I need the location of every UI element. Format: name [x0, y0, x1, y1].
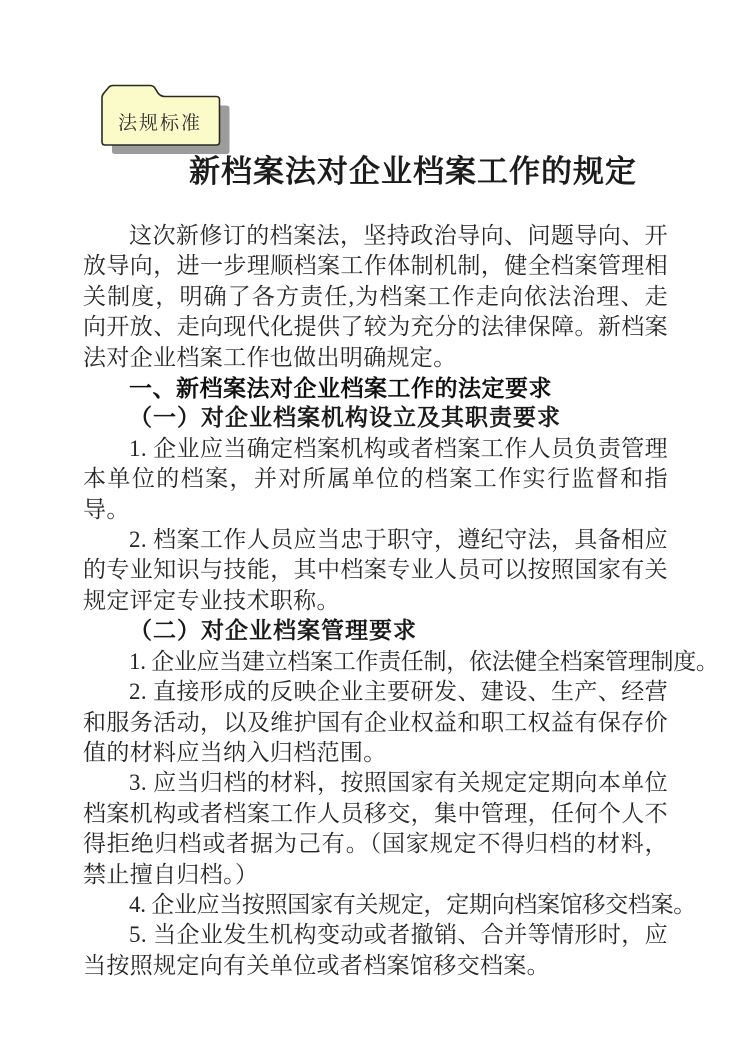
subsection-1-2-heading: （二）对企业档案管理要求 — [83, 616, 668, 646]
paragraph-item: 4. 企业应当按照国家有关规定，定期向档案馆移交档案。 — [83, 890, 668, 920]
paragraph-item: 2. 档案工作人员应当忠于职守，遵纪守法，具备相应的专业知识与技能，其中档案专业… — [83, 525, 668, 616]
intro-paragraph: 这次新修订的档案法，坚持政治导向、问题导向、开放导向，进一步理顺档案工作体制机制… — [83, 221, 668, 373]
document-page: 法规标准 新档案法对企业档案工作的规定 这次新修订的档案法，坚持政治导向、问题导… — [0, 0, 750, 1059]
page-title: 新档案法对企业档案工作的规定 — [121, 146, 705, 191]
paragraph-item: 5. 当企业发生机构变动或者撤销、合并等情形时，应当按照规定向有关单位或者档案馆… — [83, 920, 668, 981]
paragraph-item: 1. 企业应当建立档案工作责任制，依法健全档案管理制度。 — [83, 647, 668, 677]
section-1-heading: 一、新档案法对企业档案工作的法定要求 — [83, 373, 668, 403]
folder-label: 法规标准 — [118, 108, 202, 135]
subsection-1-1-heading: （一）对企业档案机构设立及其职责要求 — [83, 403, 668, 433]
paragraph-item: 1. 企业应当确定档案机构或者档案工作人员负责管理本单位的档案，并对所属单位的档… — [83, 434, 668, 525]
paragraph-item: 2. 直接形成的反映企业主要研发、建设、生产、经营和服务活动，以及维护国有企业权… — [83, 677, 668, 768]
document-body: 这次新修订的档案法，坚持政治导向、问题导向、开放导向，进一步理顺档案工作体制机制… — [83, 221, 668, 981]
paragraph-item: 3. 应当归档的材料，按照国家有关规定定期向本单位档案机构或者档案工作人员移交，… — [83, 768, 668, 890]
